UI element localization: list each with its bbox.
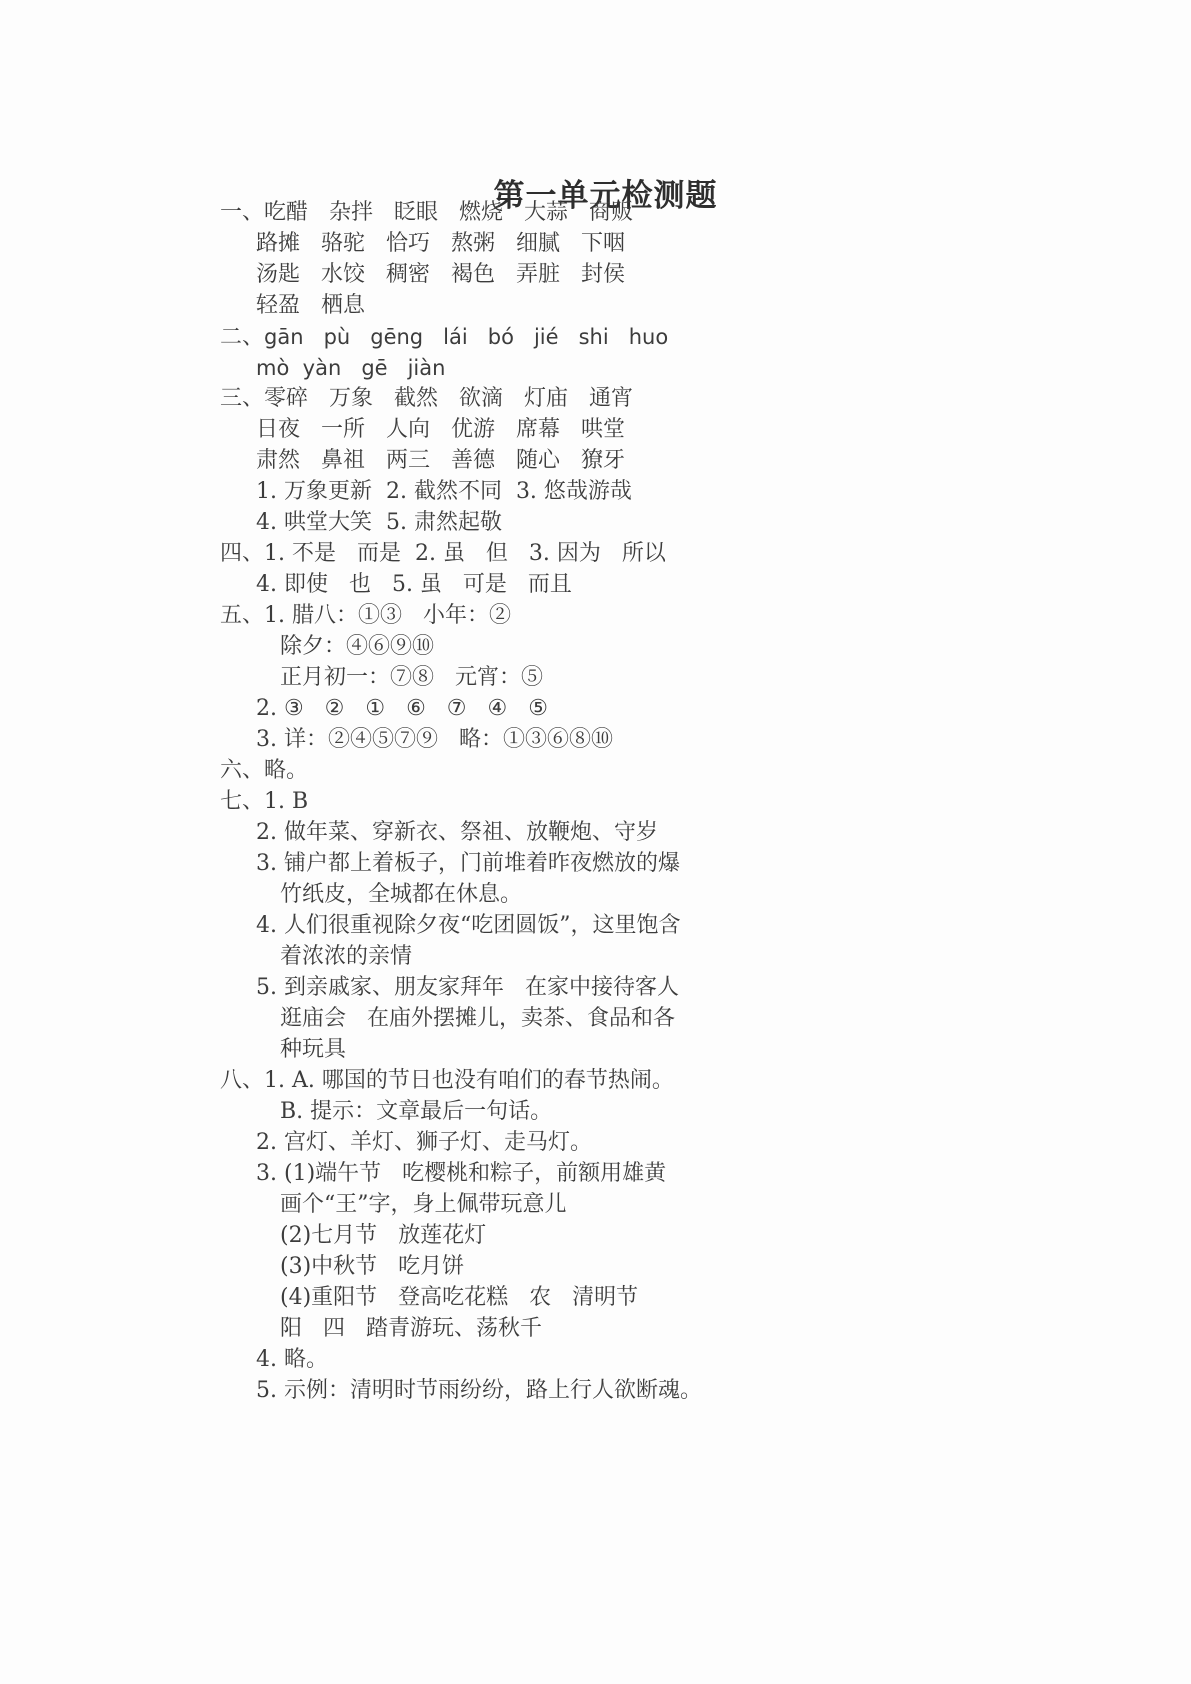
section-8-line-8: (4)重阳节 登高吃花糕 农 清明节 [280,1283,638,1313]
word: 水饺 [321,262,365,287]
answer-text: 1. A. 哪国的节日也没有咱们的春节热闹。 [264,1068,674,1093]
answer-text: 略。 [264,758,308,783]
word: 下咽 [581,231,625,256]
section-1-row-2: 路摊 骆驼 恰巧 熬粥 细腻 下咽 [256,229,625,259]
section-7-line-2: 2. 做年菜、穿新衣、祭祖、放鞭炮、守岁 [256,818,658,848]
pinyin: lái [443,325,468,349]
pinyin: gē [361,356,387,380]
section-3-answer-2: 4. 哄堂大笑 5. 肃然起敬 [256,508,502,538]
section-4-line-1: 四、1. 不是 而是 2. 虽 但 3. 因为 所以 [220,539,666,569]
word: 通宵 [589,386,633,411]
word: 眨眼 [394,198,438,228]
section-marker: 三、 [220,386,264,411]
word: 褐色 [451,262,495,287]
word: 肃然 [256,448,300,473]
pinyin: gān [264,325,304,349]
section-3-row-2: 日夜 一所 人向 优游 席幕 哄堂 [256,415,625,445]
section-5-line-1: 五、1. 腊八：①③ 小年：② [220,601,511,631]
pinyin: huo [629,325,668,349]
section-7-line-9: 种玩具 [280,1035,346,1065]
section-7-line-5: 4. 人们很重视除夕夜“吃团圆饭”，这里饱含 [256,911,680,941]
word: 一所 [321,417,365,442]
section-7-line-8: 逛庙会 在庙外摆摊儿，卖茶、食品和各 [280,1004,675,1034]
section-8-line-1: 八、1. A. 哪国的节日也没有咱们的春节热闹。 [220,1066,674,1096]
word: 骆驼 [321,231,365,256]
word: 截然 [394,386,438,411]
section-5-line-2: 除夕：④⑥⑨⑩ [280,632,434,662]
word: 欲滴 [459,386,503,411]
word: 封侯 [581,262,625,287]
section-8-line-3: 2. 宫灯、羊灯、狮子灯、走马灯。 [256,1128,592,1158]
pinyin: bó [488,325,514,349]
pinyin: jié [534,325,559,349]
section-1-row-4: 轻盈 栖息 [256,291,365,321]
word: 汤匙 [256,262,300,287]
word: 哄堂 [581,417,625,442]
word-list: 吃醋 杂拌 眨眼 燃烧 大蒜 商贩 [264,200,633,225]
answer-text: 1. B [264,789,308,814]
section-1-row-1: 一、吃醋 杂拌 眨眼 燃烧 大蒜 商贩 [220,198,633,228]
section-8-line-4: 3. (1)端午节 吃樱桃和粽子，前额用雄黄 [256,1159,666,1189]
pinyin-list: gān pù gēng lái bó jié shi huo [264,325,668,349]
word: 燃烧 [459,198,503,228]
word: 杂拌 [329,198,373,228]
section-marker: 四、 [220,541,264,566]
pinyin: jiàn [408,356,446,380]
section-8-line-11: 5. 示例：清明时节雨纷纷，路上行人欲断魂。 [256,1376,702,1406]
word: 鼻祖 [321,448,365,473]
pinyin: shi [579,325,609,349]
section-4-line-2: 4. 即使 也 5. 虽 可是 而且 [256,570,572,600]
section-5-line-3: 正月初一：⑦⑧ 元宵：⑤ [280,663,543,693]
section-3-answer-1: 1. 万象更新 2. 截然不同 3. 悠哉游哉 [256,477,632,507]
section-2-row-1: 二、gān pù gēng lái bó jié shi huo [220,322,668,353]
section-marker: 一、 [220,200,264,225]
section-marker: 六、 [220,758,264,783]
word: 人向 [386,417,430,442]
section-5-line-5: 3. 详：②④⑤⑦⑨ 略：①③⑥⑧⑩ [256,725,613,755]
section-8-line-5: 画个“王”字，身上佩带玩意儿 [280,1190,567,1220]
section-7-line-7: 5. 到亲戚家、朋友家拜年 在家中接待客人 [256,973,679,1003]
word: 随心 [516,448,560,473]
word: 路摊 [256,231,300,256]
word: 獠牙 [581,448,625,473]
word: 恰巧 [386,231,430,256]
word: 轻盈 [256,293,300,318]
answer-text: 1. 不是 而是 2. 虽 但 3. 因为 所以 [264,541,666,566]
word: 万象 [329,386,373,411]
section-marker: 二、 [220,325,264,350]
word: 优游 [451,417,495,442]
section-7-line-1: 七、1. B [220,787,308,817]
section-8-line-9: 阳 四 踏青游玩、荡秋千 [280,1314,542,1344]
section-marker: 七、 [220,789,264,814]
section-8-line-10: 4. 略。 [256,1345,328,1375]
word: 栖息 [321,293,365,318]
pinyin: mò [256,356,289,380]
answer-text: 1. 腊八：①③ 小年：② [264,603,511,628]
section-3-row-1: 三、零碎 万象 截然 欲滴 灯庙 通宵 [220,384,633,414]
section-5-line-4: 2. ③ ② ① ⑥ ⑦ ④ ⑤ [256,694,548,724]
word: 善德 [451,448,495,473]
word: 细腻 [516,231,560,256]
word: 零碎 [264,386,308,411]
section-7-line-3: 3. 铺户都上着板子，门前堆着昨夜燃放的爆 [256,849,680,879]
word: 熬粥 [451,231,495,256]
section-3-row-3: 肃然 鼻祖 两三 善德 随心 獠牙 [256,446,625,476]
section-8-line-2: B. 提示：文章最后一句话。 [280,1097,552,1127]
word: 灯庙 [524,386,568,411]
word: 大蒜 [524,198,568,228]
word: 弄脏 [516,262,560,287]
pinyin: gēng [370,325,423,349]
word: 商贩 [589,198,633,228]
section-8-line-6: (2)七月节 放莲花灯 [280,1221,486,1251]
section-8-line-7: (3)中秋节 吃月饼 [280,1252,464,1282]
word: 席幕 [516,417,560,442]
section-2-row-2: mò yàn gē jiàn [256,353,445,383]
section-marker: 五、 [220,603,264,628]
section-7-line-4: 竹纸皮，全城都在休息。 [280,880,522,910]
answer-key-page: 第一单元检测题 一、吃醋 杂拌 眨眼 燃烧 大蒜 商贩 路摊 骆驼 恰巧 熬粥 … [0,0,1191,1684]
section-1-row-3: 汤匙 水饺 稠密 褐色 弄脏 封侯 [256,260,625,290]
pinyin: pù [324,325,351,349]
section-marker: 八、 [220,1068,264,1093]
word: 日夜 [256,417,300,442]
section-6-line: 六、略。 [220,756,308,786]
word: 吃醋 [264,198,308,228]
section-7-line-6: 着浓浓的亲情 [280,942,412,972]
word: 两三 [386,448,430,473]
word: 稠密 [386,262,430,287]
pinyin: yàn [303,356,342,380]
